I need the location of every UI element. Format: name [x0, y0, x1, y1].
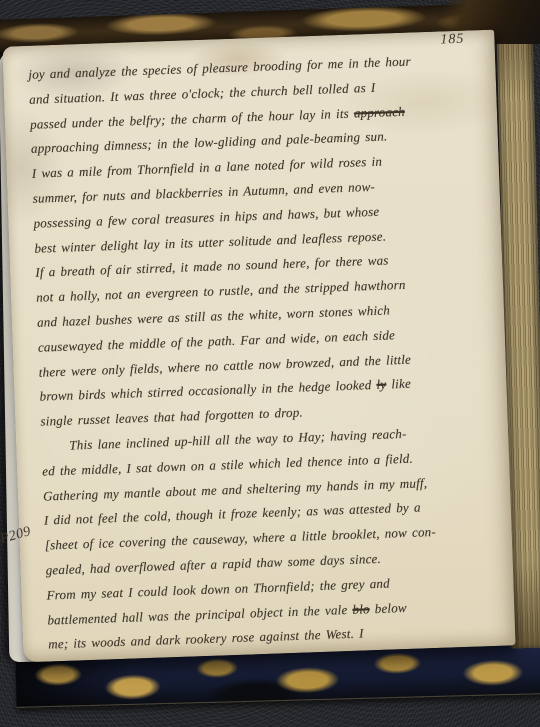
line-text: below: [369, 600, 407, 616]
struck-word: blo: [352, 601, 370, 617]
manuscript-text: joy and analyze the species of pleasure …: [28, 47, 506, 658]
page-number: 185: [440, 32, 465, 49]
line-text: like: [386, 376, 411, 392]
manuscript-page: 185 joy and analyze the species of pleas…: [2, 30, 515, 663]
struck-word: ly: [376, 377, 386, 392]
manuscript-photograph: 185 joy and analyze the species of pleas…: [0, 0, 540, 727]
struck-word: approach: [354, 103, 405, 120]
line-text: single russet leaves that had forgotten …: [40, 405, 303, 429]
